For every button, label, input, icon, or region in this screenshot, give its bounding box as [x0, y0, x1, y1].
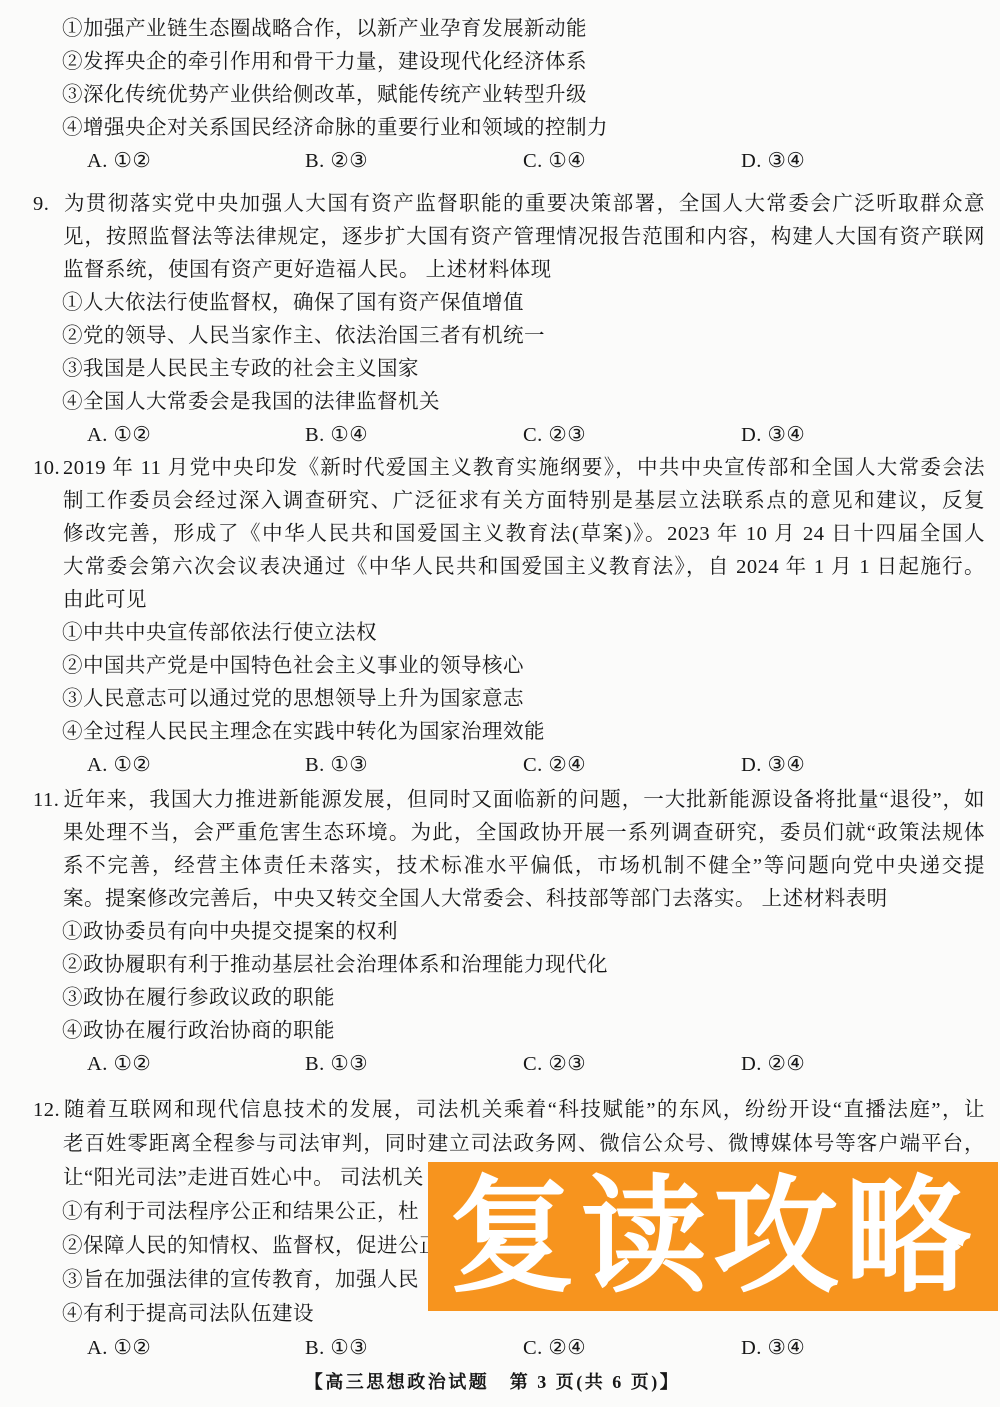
stem-line: 由此可见: [0, 584, 985, 617]
answer-choice-c: C. ②④: [523, 749, 741, 782]
answer-choice-a: A. ①②: [87, 419, 305, 452]
option-line: ①加强产业链生态圈战略合作，以新产业孕育发展新动能: [0, 13, 985, 46]
question-9: 9.为贯彻落实党中央加强人大国有资产监督职能的重要决策部署，全国人大常委会广泛听…: [0, 188, 985, 452]
stem-line: 9.为贯彻落实党中央加强人大国有资产监督职能的重要决策部署，全国人大常委会广泛听…: [0, 188, 985, 221]
stem-line: 12.随着互联网和现代信息技术的发展，司法机关乘着“科技赋能”的东风，纷纷开设“…: [0, 1093, 985, 1127]
answer-choice-a: A. ①②: [87, 1331, 305, 1365]
answer-choice-b: B. ①③: [305, 749, 523, 782]
question-number: 9.: [33, 188, 63, 221]
question-8-tail: ①加强产业链生态圈战略合作，以新产业孕育发展新动能 ②发挥央企的牵引作用和骨干力…: [0, 13, 985, 178]
option-line: ①人大依法行使监督权，确保了国有资产保值增值: [0, 287, 985, 320]
option-line: ③深化传统优势产业供给侧改革，赋能传统产业转型升级: [0, 79, 985, 112]
answer-choice-a: A. ①②: [87, 145, 305, 178]
option-line: ②发挥央企的牵引作用和骨干力量，建设现代化经济体系: [0, 46, 985, 79]
question-number: 10.: [33, 452, 63, 485]
answer-choice-a: A. ①②: [87, 749, 305, 782]
answer-choice-b: B. ①③: [305, 1331, 523, 1365]
option-line: ④全过程人民民主理念在实践中转化为国家治理效能: [0, 716, 985, 749]
answer-choice-b: B. ②③: [305, 145, 523, 178]
question-number: 11.: [33, 784, 63, 817]
answer-choice-c: C. ②④: [523, 1331, 741, 1365]
answer-choice-d: D. ②④: [741, 1048, 805, 1081]
question-11: 11.近年来，我国大力推进新能源发展，但同时又面临新的问题，一大批新能源设备将批…: [0, 784, 985, 1081]
page-footer: 【高三思想政治试题 第 3 页(共 6 页)】: [0, 1371, 985, 1393]
option-line: ③政协在履行参政议政的职能: [0, 982, 985, 1015]
question-number: 12.: [33, 1093, 63, 1127]
option-line: ②中国共产党是中国特色社会主义事业的领导核心: [0, 650, 985, 683]
stem-line: 果处理不当，会严重危害生态环境。为此，全国政协开展一系列调查研究，委员们就“政策…: [0, 817, 985, 850]
option-line: ④增强央企对关系国民经济命脉的重要行业和领域的控制力: [0, 112, 985, 145]
stem-line: 见，按照监督法等法律规定，逐步扩大国有资产管理情况报告范围和内容，构建人大国有资…: [0, 221, 985, 254]
answer-choice-c: C. ①④: [523, 145, 741, 178]
answer-row: A. ①② B. ①④ C. ②③ D. ③④: [0, 419, 985, 452]
answer-row: A. ①② B. ②③ C. ①④ D. ③④: [0, 145, 985, 178]
option-line: ②党的领导、人民当家作主、依法治国三者有机统一: [0, 320, 985, 353]
stem-text: 近年来，我国大力推进新能源发展，但同时又面临新的问题，一大批新能源设备将批量“退…: [63, 789, 985, 811]
option-line: ③人民意志可以通过党的思想领导上升为国家意志: [0, 683, 985, 716]
option-line: ③我国是人民民主专政的社会主义国家: [0, 353, 985, 386]
stem-line: 案。提案修改完善后，中央又转交全国人大常委会、科技部等部门去落实。 上述材料表明: [0, 883, 985, 916]
stem-text: 随着互联网和现代信息技术的发展，司法机关乘着“科技赋能”的东风，纷纷开设“直播法…: [63, 1099, 985, 1121]
answer-choice-c: C. ②③: [523, 419, 741, 452]
stem-line: 监督系统，使国有资产更好造福人民。 上述材料体现: [0, 254, 985, 287]
answer-choice-b: B. ①④: [305, 419, 523, 452]
answer-choice-c: C. ②③: [523, 1048, 741, 1081]
answer-row: A. ①② B. ①③ C. ②④ D. ③④: [0, 749, 985, 782]
answer-choice-d: D. ③④: [741, 419, 805, 452]
answer-choice-d: D. ③④: [741, 1331, 805, 1365]
question-10: 10.2019 年 11 月党中央印发《新时代爱国主义教育实施纲要》，中共中央宣…: [0, 452, 985, 782]
option-line: ①政协委员有向中央提交提案的权利: [0, 916, 985, 949]
option-line: ④政协在履行政治协商的职能: [0, 1015, 985, 1048]
exam-page: ①加强产业链生态圈战略合作，以新产业孕育发展新动能 ②发挥央企的牵引作用和骨干力…: [0, 0, 1000, 1407]
option-line: ④全国人大常委会是我国的法律监督机关: [0, 386, 985, 419]
answer-row: A. ①② B. ①③ C. ②④ D. ③④: [0, 1331, 985, 1365]
answer-choice-d: D. ③④: [741, 145, 805, 178]
stem-text: 为贯彻落实党中央加强人大国有资产监督职能的重要决策部署，全国人大常委会广泛听取群…: [63, 193, 985, 215]
stem-line: 11.近年来，我国大力推进新能源发展，但同时又面临新的问题，一大批新能源设备将批…: [0, 784, 985, 817]
stem-line: 老百姓零距离全程参与司法审判，同时建立司法政务网、微信公众号、微博媒体号等客户端…: [0, 1127, 985, 1161]
watermark-banner: 复读攻略: [428, 1162, 998, 1311]
stem-line: 修改完善，形成了《中华人民共和国爱国主义教育法(草案)》。2023 年 10 月…: [0, 518, 985, 551]
answer-row: A. ①② B. ①③ C. ②③ D. ②④: [0, 1048, 985, 1081]
answer-choice-d: D. ③④: [741, 749, 805, 782]
stem-line: 制工作委员会经过深入调查研究、广泛征求有关方面特别是基层立法联系点的意见和建议，…: [0, 485, 985, 518]
stem-text: 2019 年 11 月党中央印发《新时代爱国主义教育实施纲要》，中共中央宣传部和…: [63, 457, 985, 479]
option-line: ①中共中央宣传部依法行使立法权: [0, 617, 985, 650]
option-line: ②政协履职有利于推动基层社会治理体系和治理能力现代化: [0, 949, 985, 982]
answer-choice-b: B. ①③: [305, 1048, 523, 1081]
stem-line: 大常委会第六次会议表决通过《中华人民共和国爱国主义教育法》，自 2024 年 1…: [0, 551, 985, 584]
answer-choice-a: A. ①②: [87, 1048, 305, 1081]
stem-line: 10.2019 年 11 月党中央印发《新时代爱国主义教育实施纲要》，中共中央宣…: [0, 452, 985, 485]
stem-line: 系不完善，经营主体责任未落实，技术标准水平偏低，市场机制不健全”等问题向党中央递…: [0, 850, 985, 883]
